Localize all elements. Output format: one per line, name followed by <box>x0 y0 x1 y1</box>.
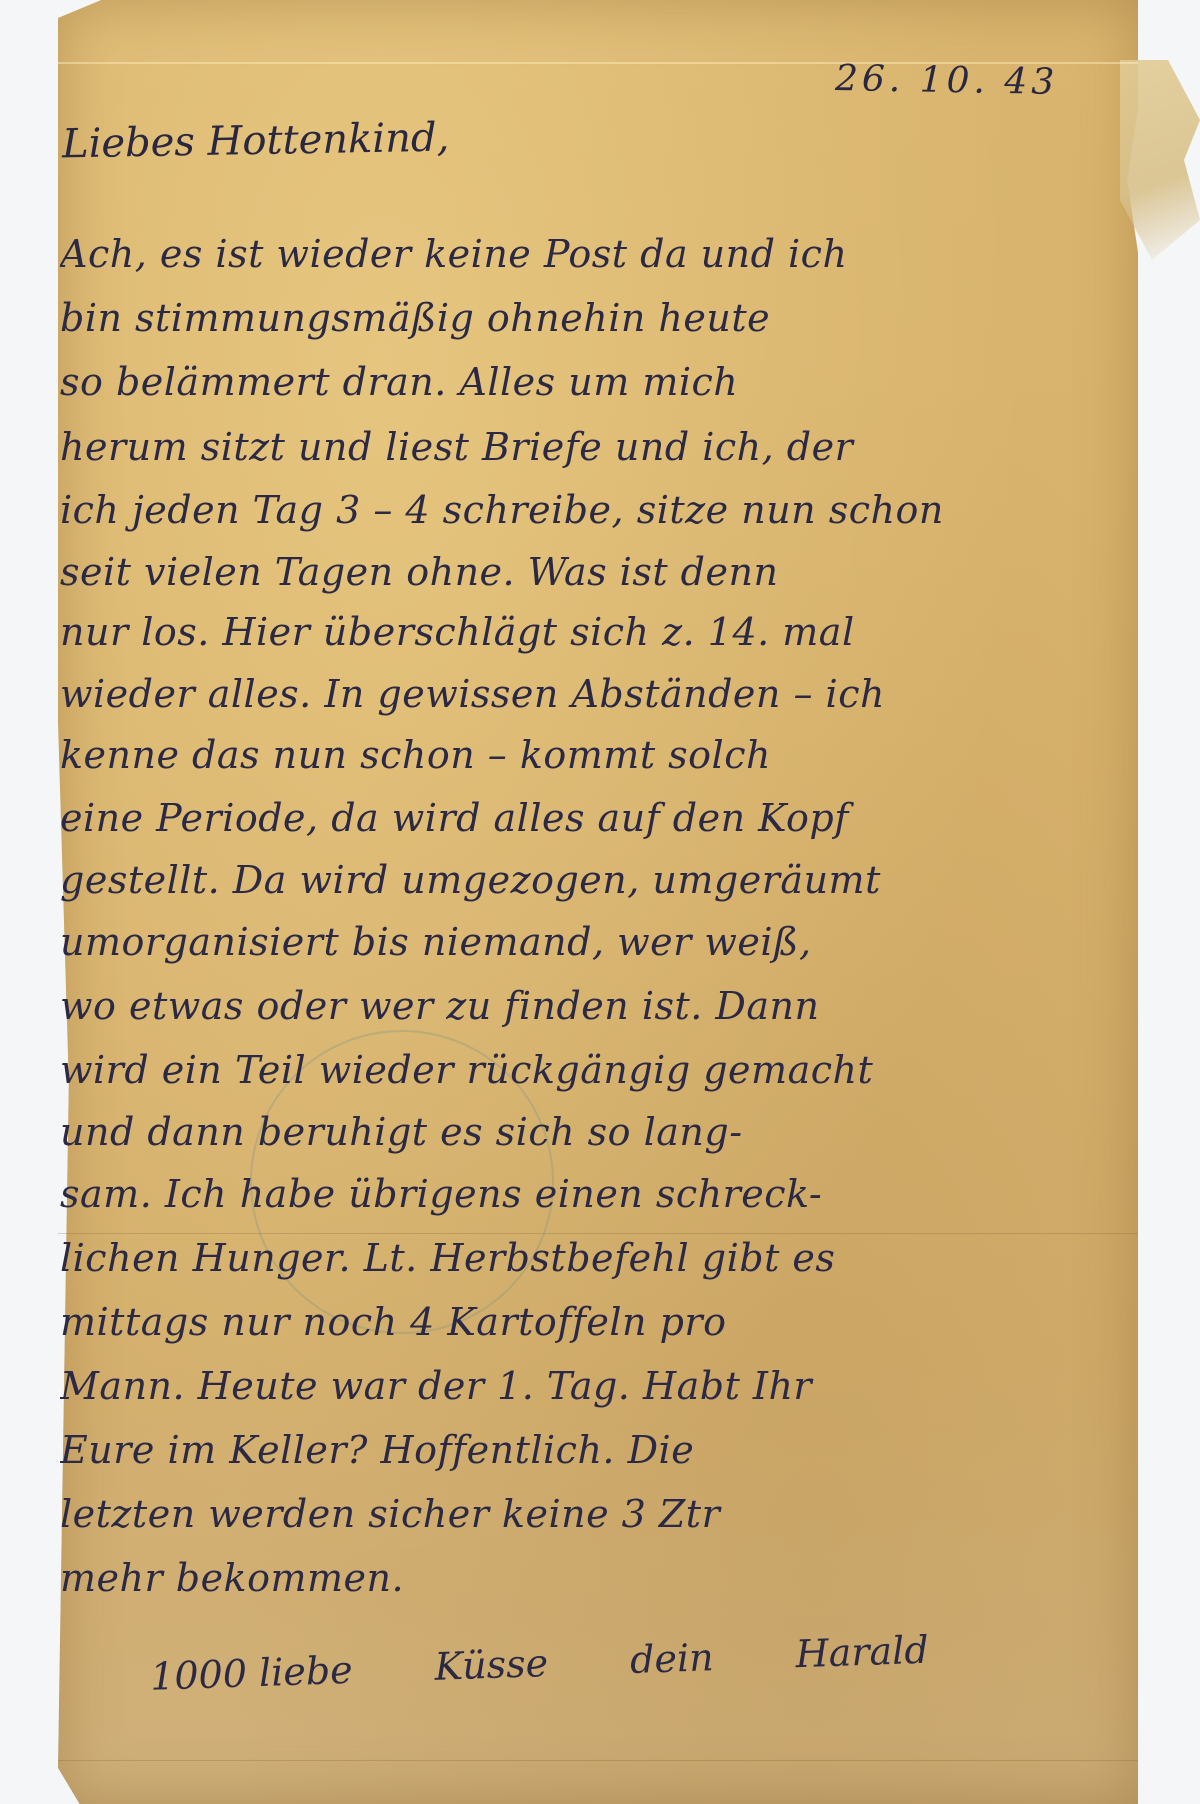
letter-line: so belämmert dran. Alles um mich <box>60 360 1120 404</box>
letter-line: wo etwas oder wer zu finden ist. Dann <box>60 984 1120 1028</box>
letter-line: letzten werden sicher keine 3 Ztr <box>60 1492 1120 1536</box>
letter-line: Ach, es ist wieder keine Post da und ich <box>60 232 1120 276</box>
letter-line: lichen Hunger. Lt. Herbstbefehl gibt es <box>60 1236 1120 1280</box>
letter-line: wieder alles. In gewissen Abständen – ic… <box>60 672 1120 716</box>
fold-line-middle <box>58 1233 1138 1234</box>
letter-line: herum sitzt und liest Briefe und ich, de… <box>60 425 1120 469</box>
letter-line: ich jeden Tag 3 – 4 schreibe, sitze nun … <box>60 488 1120 532</box>
letter-line: eine Periode, da wird alles auf den Kopf <box>60 796 1120 840</box>
closing-phrase: 1000 liebe <box>149 1648 353 1699</box>
letter-line: bin stimmungsmäßig ohnehin heute <box>60 296 1120 340</box>
letter-line: sam. Ich habe übrigens einen schreck- <box>60 1172 1120 1216</box>
letter-line: seit vielen Tagen ohne. Was ist denn <box>60 550 1120 594</box>
letter-line: Mann. Heute war der 1. Tag. Habt Ihr <box>60 1364 1120 1408</box>
letter-line: mittags nur noch 4 Kartoffeln pro <box>60 1300 1120 1344</box>
letter-line: umorganisiert bis niemand, wer weiß, <box>60 920 1120 964</box>
letter-line: wird ein Teil wieder rückgängig gemacht <box>60 1048 1120 1092</box>
letter-line: Eure im Keller? Hoffentlich. Die <box>60 1428 1120 1472</box>
letter-line: nur los. Hier überschlägt sich z. 14. ma… <box>60 610 1120 654</box>
fold-line-bottom <box>58 1760 1138 1761</box>
letter-line: mehr bekommen. <box>60 1556 1120 1600</box>
letter-line: gestellt. Da wird umgezogen, umgeräumt <box>60 858 1120 902</box>
letter-greeting: Liebes Hottenkind, <box>62 115 450 168</box>
letter-line: kenne das nun schon – kommt solch <box>60 733 1120 777</box>
closing-kisses: Küsse <box>434 1641 549 1689</box>
signature: Harald <box>795 1628 930 1677</box>
letter-date: 26. 10. 43 <box>835 58 1059 103</box>
scanned-letter: 26. 10. 43 Liebes Hottenkind, Ach, es is… <box>0 0 1200 1804</box>
closing-dein: dein <box>629 1635 714 1682</box>
letter-line: und dann beruhigt es sich so lang- <box>60 1110 1120 1154</box>
